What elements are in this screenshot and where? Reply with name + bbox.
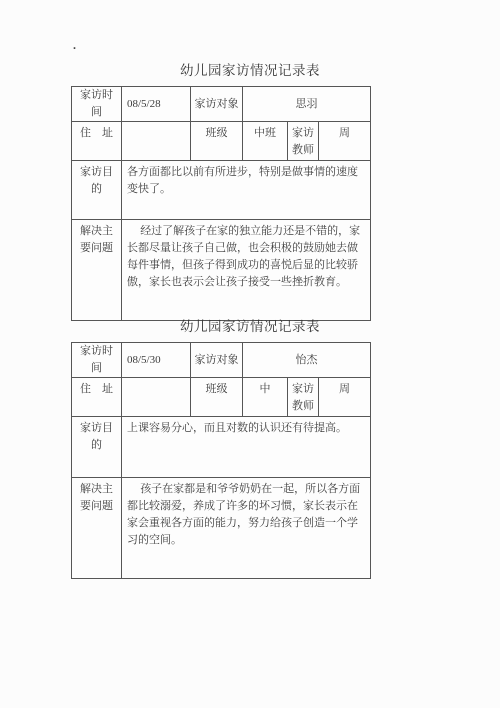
table-row: 解决主要问题 经过了解孩子在家的独立能力还是不错的，家长都尽量让孩子自己做，也会… [72,220,371,321]
table-row: 家访时间 08/5/30 家访对象 怡杰 [72,343,371,378]
visit-teacher-value: 周 [319,122,371,161]
address-value [122,378,191,417]
table-row: 住 址 班级 中班 家访教师 周 [72,122,371,161]
visit-teacher-label: 家访教师 [288,122,319,161]
purpose-value: 上课容易分心，而且对数的认识还有待提高。 [122,417,371,478]
problems-label: 解决主要问题 [72,220,122,321]
home-visit-table-1: 家访时间 08/5/28 家访对象 思羽 住 址 班级 中班 家访教师 周 家访… [71,86,371,321]
document-page: . 幼儿园家访情况记录表 家访时间 08/5/28 家访对象 思羽 住 址 班级 [0,0,500,708]
table-row: 解决主要问题 孩子在家都是和爷爷奶奶在一起，所以各方面都比较溺爱，养成了许多的坏… [72,478,371,579]
visit-time-value: 08/5/30 [122,343,191,378]
problems-value: 经过了解孩子在家的独立能力还是不错的，家长都尽量让孩子自己做，也会积极的鼓励她去… [122,220,371,321]
record-section-2: 幼儿园家访情况记录表 家访时间 08/5/30 家访对象 怡杰 住 址 班级 中 [0,318,500,579]
class-label: 班级 [191,122,243,161]
visit-target-value: 怡杰 [243,343,371,378]
purpose-label: 家访目的 [72,417,122,478]
table-row: 住 址 班级 中 家访教师 周 [72,378,371,417]
purpose-label: 家访目的 [72,161,122,220]
purpose-value: 各方面都比以前有所进步，特别是做事情的速度变快了。 [122,161,371,220]
table-title: 幼儿园家访情况记录表 [0,318,500,336]
visit-target-value: 思羽 [243,87,371,122]
address-value [122,122,191,161]
table-title: 幼儿园家访情况记录表 [0,62,500,80]
record-section-1: 幼儿园家访情况记录表 家访时间 08/5/28 家访对象 思羽 住 址 班级 中… [0,62,500,321]
visit-target-label: 家访对象 [191,343,243,378]
table-row: 家访时间 08/5/28 家访对象 思羽 [72,87,371,122]
address-label: 住 址 [72,378,122,417]
class-value: 中 [243,378,288,417]
visit-time-label: 家访时间 [72,87,122,122]
address-label: 住 址 [72,122,122,161]
visit-teacher-label: 家访教师 [288,378,319,417]
visit-time-label: 家访时间 [72,343,122,378]
problems-label: 解决主要问题 [72,478,122,579]
problems-value: 孩子在家都是和爷爷奶奶在一起，所以各方面都比较溺爱，养成了许多的坏习惯，家长表示… [122,478,371,579]
visit-teacher-value: 周 [319,378,371,417]
visit-target-label: 家访对象 [191,87,243,122]
table-row: 家访目的 各方面都比以前有所进步，特别是做事情的速度变快了。 [72,161,371,220]
class-label: 班级 [191,378,243,417]
stray-mark: . [73,38,76,53]
visit-time-value: 08/5/28 [122,87,191,122]
class-value: 中班 [243,122,288,161]
home-visit-table-2: 家访时间 08/5/30 家访对象 怡杰 住 址 班级 中 家访教师 周 家访目… [71,342,371,579]
table-row: 家访目的 上课容易分心，而且对数的认识还有待提高。 [72,417,371,478]
